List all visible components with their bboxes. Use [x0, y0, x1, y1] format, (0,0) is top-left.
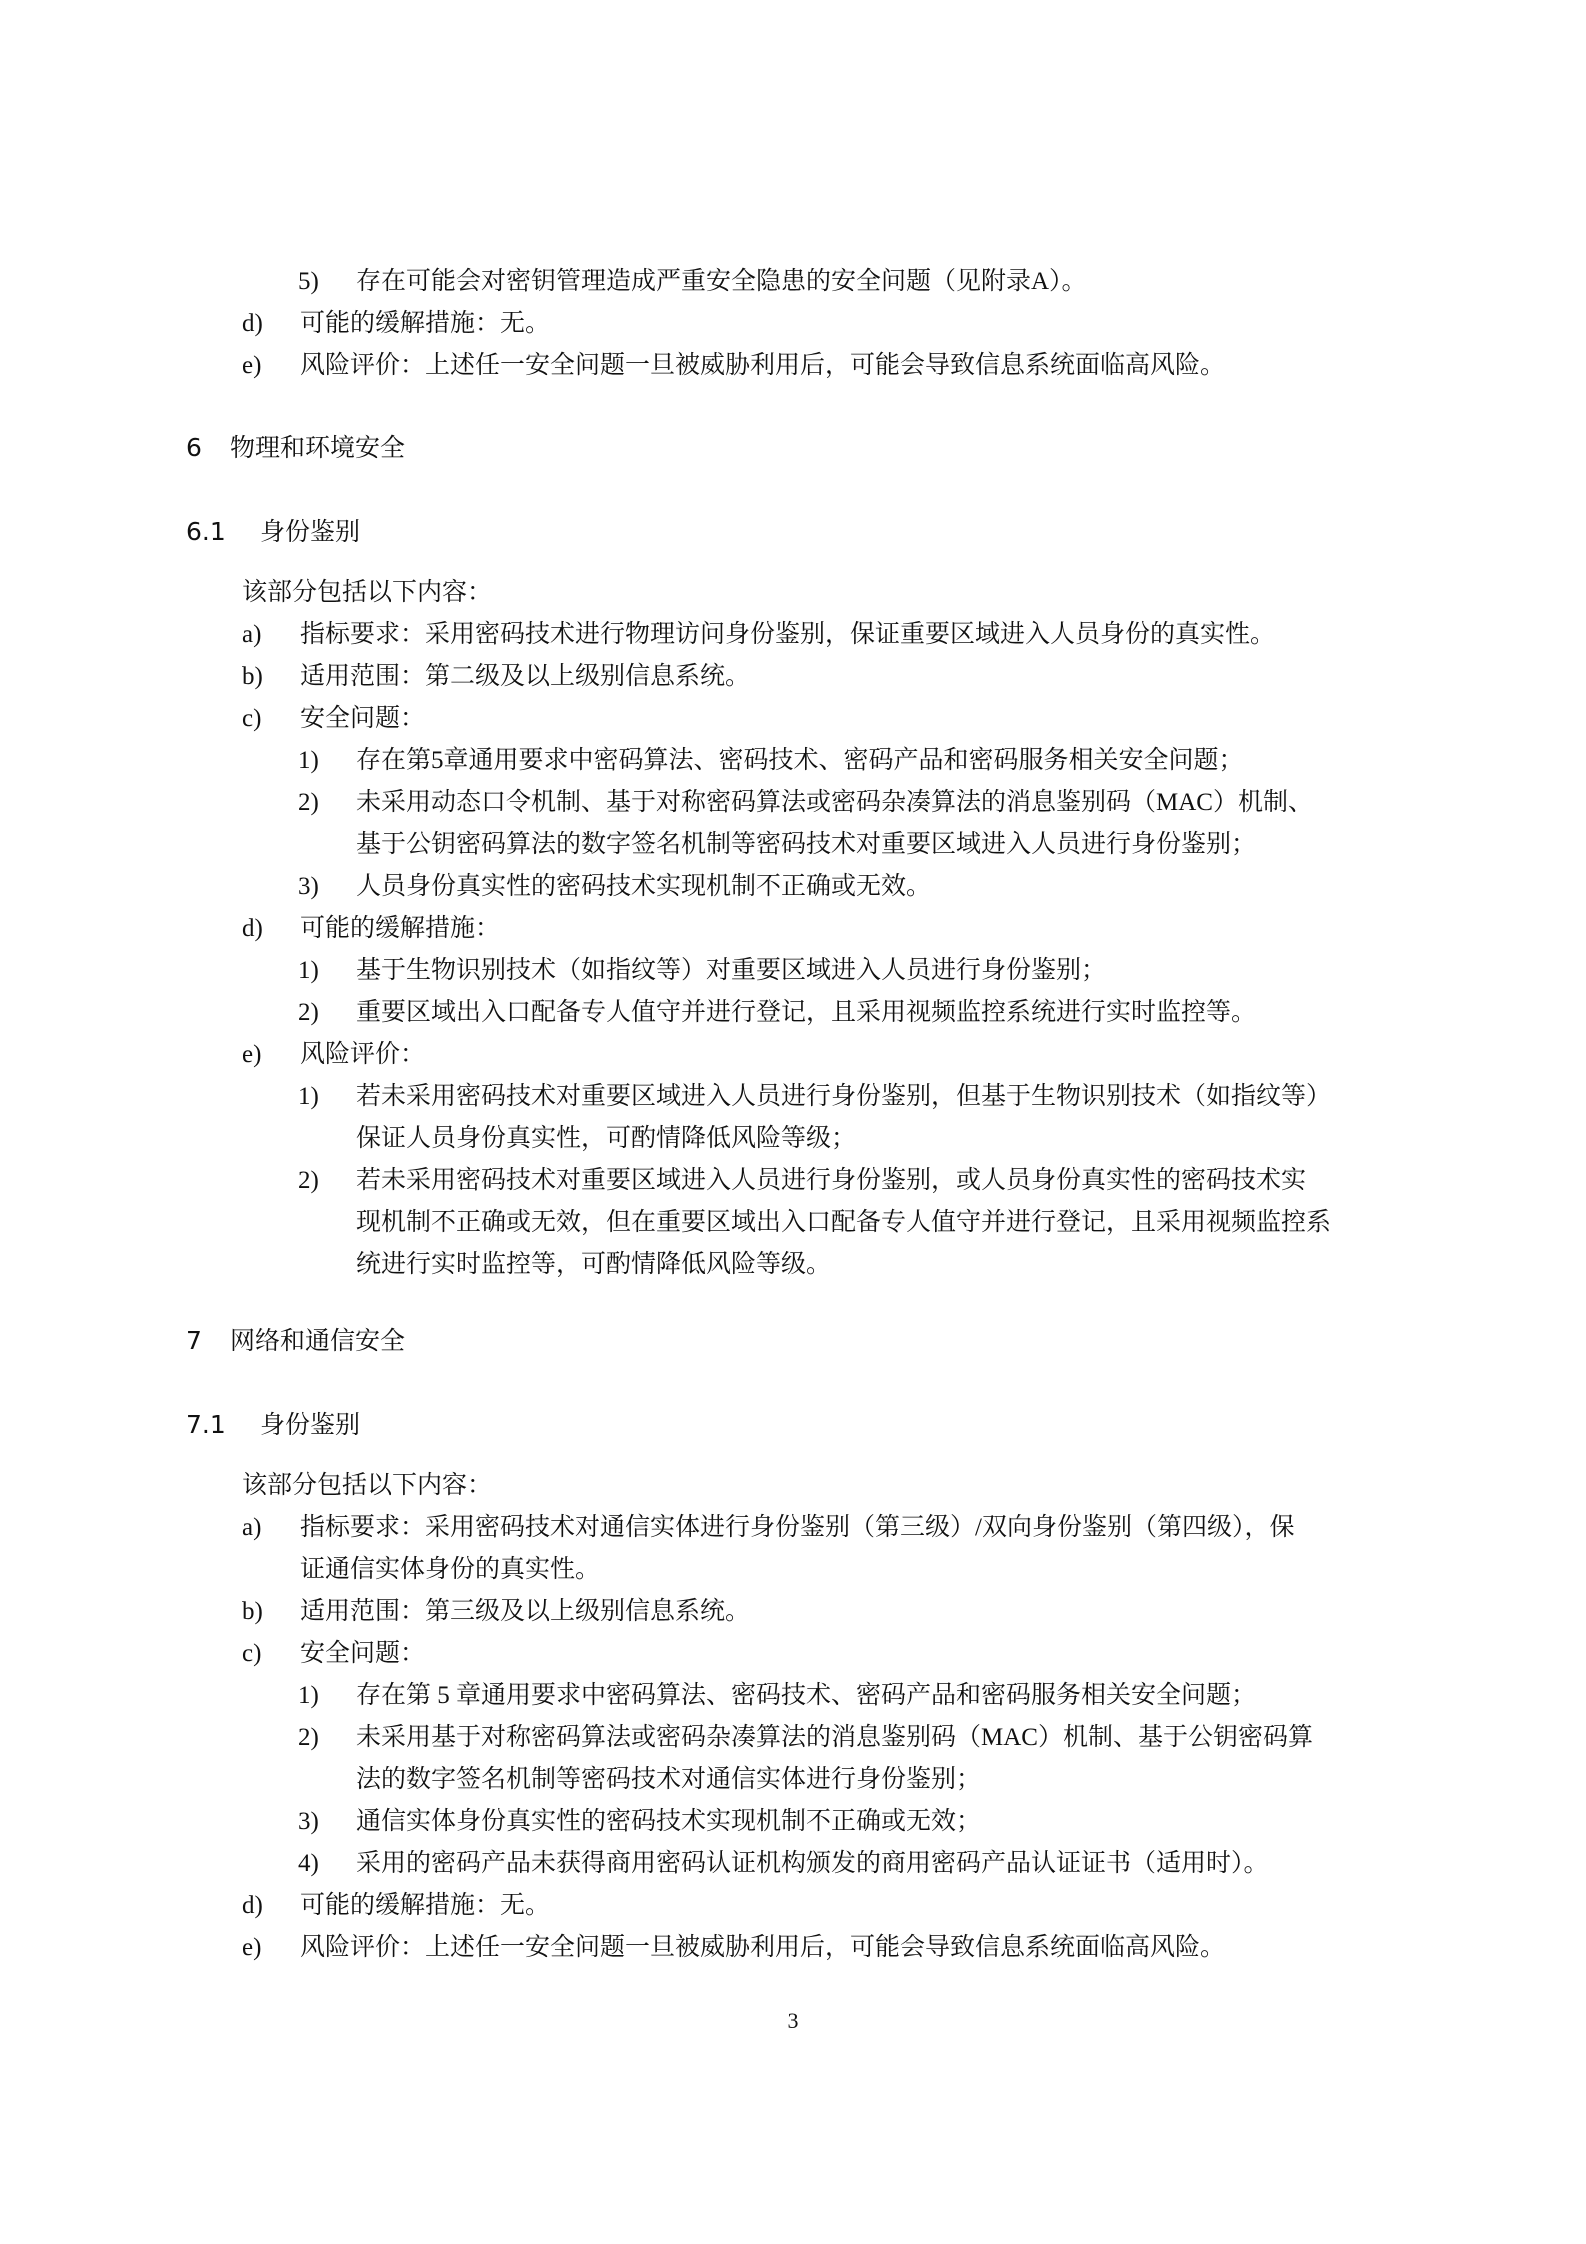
sub-list-item: 1)存在第5章通用要求中密码算法、密码技术、密码产品和密码服务相关安全问题；	[298, 740, 1244, 782]
sub-list-item: 2)若未采用密码技术对重要区域进入人员进行身份鉴别，或人员身份真实性的密码技术实	[298, 1160, 1306, 1202]
page-number: 3	[0, 2008, 1586, 2034]
list-item: a)指标要求：采用密码技术进行物理访问身份鉴别，保证重要区域进入人员身份的真实性…	[242, 614, 1275, 656]
list-item: e)风险评价：上述任一安全问题一旦被威胁利用后，可能会导致信息系统面临高风险。	[242, 1927, 1225, 1969]
subsection-heading: 7.1身份鉴别	[186, 1404, 360, 1446]
intro-text: 该部分包括以下内容：	[242, 572, 492, 614]
sub-list-item-continuation: 保证人员身份真实性，可酌情降低风险等级；	[356, 1118, 856, 1160]
sub-list-item: 3)通信实体身份真实性的密码技术实现机制不正确或无效；	[298, 1801, 981, 1843]
sub-list-item-continuation: 基于公钥密码算法的数字签名机制等密码技术对重要区域进入人员进行身份鉴别；	[356, 824, 1256, 866]
list-item: d)可能的缓解措施：	[242, 908, 500, 950]
sub-list-item: 2)未采用动态口令机制、基于对称密码算法或密码杂凑算法的消息鉴别码（MAC）机制…	[298, 782, 1313, 824]
list-item: d)可能的缓解措施：无。	[242, 303, 550, 345]
intro-text: 该部分包括以下内容：	[242, 1465, 492, 1507]
list-item: a)指标要求：采用密码技术对通信实体进行身份鉴别（第三级）/双向身份鉴别（第四级…	[242, 1507, 1294, 1549]
list-item: b)适用范围：第三级及以上级别信息系统。	[242, 1591, 750, 1633]
list-item: e)风险评价：	[242, 1034, 425, 1076]
sub-list-item-continuation: 法的数字签名机制等密码技术对通信实体进行身份鉴别；	[356, 1759, 981, 1801]
subsection-heading: 6.1身份鉴别	[186, 511, 360, 553]
list-item: c)安全问题：	[242, 1633, 425, 1675]
list-item: c)安全问题：	[242, 698, 425, 740]
section-heading: 7网络和通信安全	[186, 1320, 405, 1362]
list-item: b)适用范围：第二级及以上级别信息系统。	[242, 656, 750, 698]
sub-list-item: 3)人员身份真实性的密码技术实现机制不正确或无效。	[298, 866, 931, 908]
list-item: e)风险评价：上述任一安全问题一旦被威胁利用后，可能会导致信息系统面临高风险。	[242, 345, 1225, 387]
section-heading: 6物理和环境安全	[186, 427, 405, 469]
sub-list-item-continuation: 现机制不正确或无效，但在重要区域出入口配备专人值守并进行登记，且采用视频监控系	[356, 1202, 1331, 1244]
sub-list-item: 2)未采用基于对称密码算法或密码杂凑算法的消息鉴别码（MAC）机制、基于公钥密码…	[298, 1717, 1313, 1759]
list-item: 5)存在可能会对密钥管理造成严重安全隐患的安全问题（见附录A）。	[298, 261, 1087, 303]
sub-list-item: 1)基于生物识别技术（如指纹等）对重要区域进入人员进行身份鉴别；	[298, 950, 1106, 992]
document-page: 5)存在可能会对密钥管理造成严重安全隐患的安全问题（见附录A）。 d)可能的缓解…	[0, 0, 1586, 2244]
sub-list-item: 2)重要区域出入口配备专人值守并进行登记，且采用视频监控系统进行实时监控等。	[298, 992, 1256, 1034]
sub-list-item: 4)采用的密码产品未获得商用密码认证机构颁发的商用密码产品认证证书（适用时）。	[298, 1843, 1269, 1885]
sub-list-item: 1)若未采用密码技术对重要区域进入人员进行身份鉴别，但基于生物识别技术（如指纹等…	[298, 1076, 1331, 1118]
sub-list-item: 1)存在第 5 章通用要求中密码算法、密码技术、密码产品和密码服务相关安全问题；	[298, 1675, 1256, 1717]
list-item-continuation: 证通信实体身份的真实性。	[300, 1549, 600, 1591]
list-item: d)可能的缓解措施：无。	[242, 1885, 550, 1927]
sub-list-item-continuation: 统进行实时监控等，可酌情降低风险等级。	[356, 1244, 831, 1286]
